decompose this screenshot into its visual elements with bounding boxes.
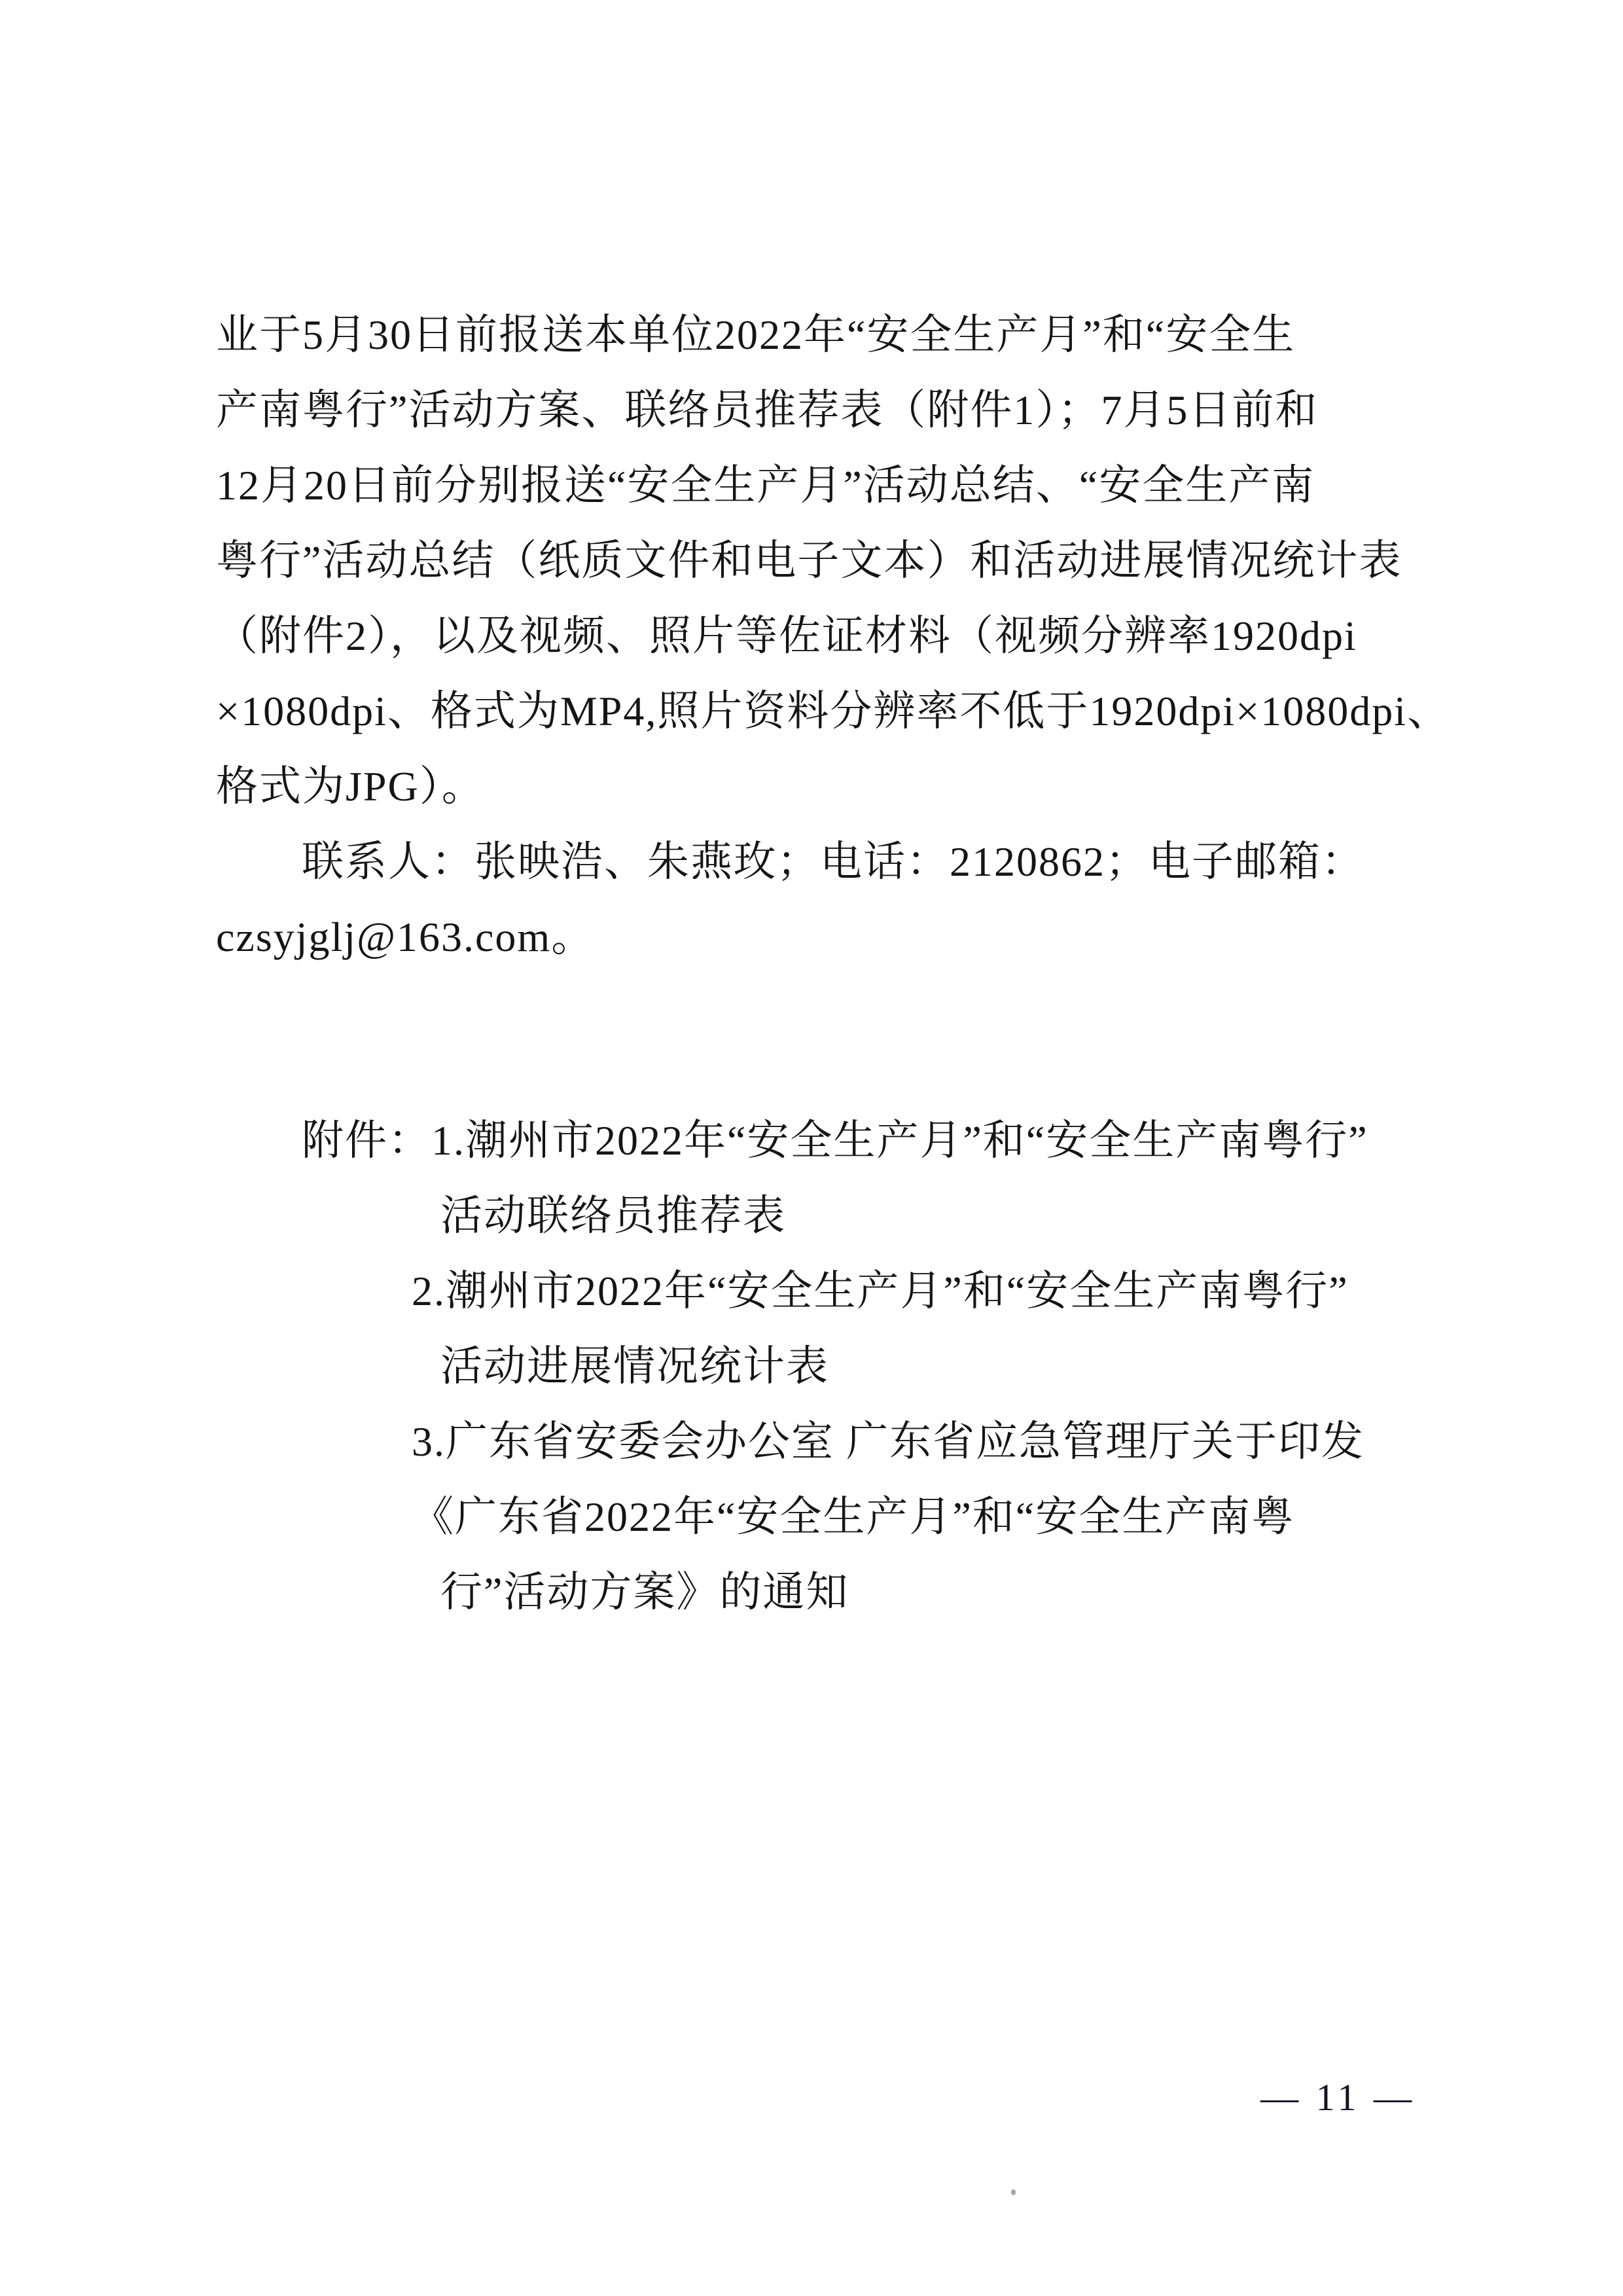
attachment-item-3-line-3: 行”活动方案》的通知 xyxy=(216,1554,1420,1630)
contact-line: 联系人：张映浩、朱燕玫；电话：2120862；电子邮箱： xyxy=(216,824,1420,899)
paragraph-line: 12月20日前分别报送“安全生产月”活动总结、“安全生产南 xyxy=(216,448,1420,523)
attachment-1-title: 潮州市2022年“安全生产月”和“安全生产南粤行” xyxy=(465,1117,1368,1164)
attachment-3-number: 3. xyxy=(412,1418,446,1465)
paragraph-line: 业于5月30日前报送本单位2022年“安全生产月”和“安全生 xyxy=(216,297,1420,372)
attachment-item-2-line-2: 活动进展情况统计表 xyxy=(216,1329,1420,1404)
attachments-label: 附件： xyxy=(302,1117,431,1164)
page-number: — 11 — xyxy=(1260,2077,1416,2118)
paragraph-line: 粤行”活动总结（纸质文件和电子文本）和活动进展情况统计表 xyxy=(216,523,1420,598)
contact-email-line: czsyjglj@163.com。 xyxy=(216,899,1420,975)
attachment-2-number: 2. xyxy=(412,1268,446,1314)
paragraph-line: 格式为JPG）。 xyxy=(216,749,1420,824)
attachment-1-number: 1. xyxy=(431,1117,465,1164)
attachment-item-3-line-1: 3.广东省安委会办公室 广东省应急管理厅关于印发 xyxy=(216,1404,1420,1479)
paragraph-line: （附件2），以及视频、照片等佐证材料（视频分辨率1920dpi xyxy=(216,598,1420,673)
attachment-item-1-line-1: 附件：1.潮州市2022年“安全生产月”和“安全生产南粤行” xyxy=(216,1103,1420,1178)
scan-artifact-dot xyxy=(1011,2189,1016,2195)
paragraph-gap xyxy=(216,975,1420,1103)
attachment-3-title: 广东省安委会办公室 广东省应急管理厅关于印发 xyxy=(446,1418,1364,1465)
attachment-item-2-line-1: 2.潮州市2022年“安全生产月”和“安全生产南粤行” xyxy=(216,1253,1420,1329)
paragraph-line: ×1080dpi、格式为MP4,照片资料分辨率不低于1920dpi×1080dp… xyxy=(216,673,1420,749)
attachment-2-title: 潮州市2022年“安全生产月”和“安全生产南粤行” xyxy=(446,1268,1349,1314)
document-body: 业于5月30日前报送本单位2022年“安全生产月”和“安全生 产南粤行”活动方案… xyxy=(216,297,1420,1630)
paragraph-line: 产南粤行”活动方案、联络员推荐表（附件1）；7月5日前和 xyxy=(216,372,1420,448)
attachment-item-3-line-2: 《广东省2022年“安全生产月”和“安全生产南粤 xyxy=(216,1479,1420,1554)
attachment-item-1-line-2: 活动联络员推荐表 xyxy=(216,1178,1420,1253)
document-page: 业于5月30日前报送本单位2022年“安全生产月”和“安全生 产南粤行”活动方案… xyxy=(0,0,1623,2296)
